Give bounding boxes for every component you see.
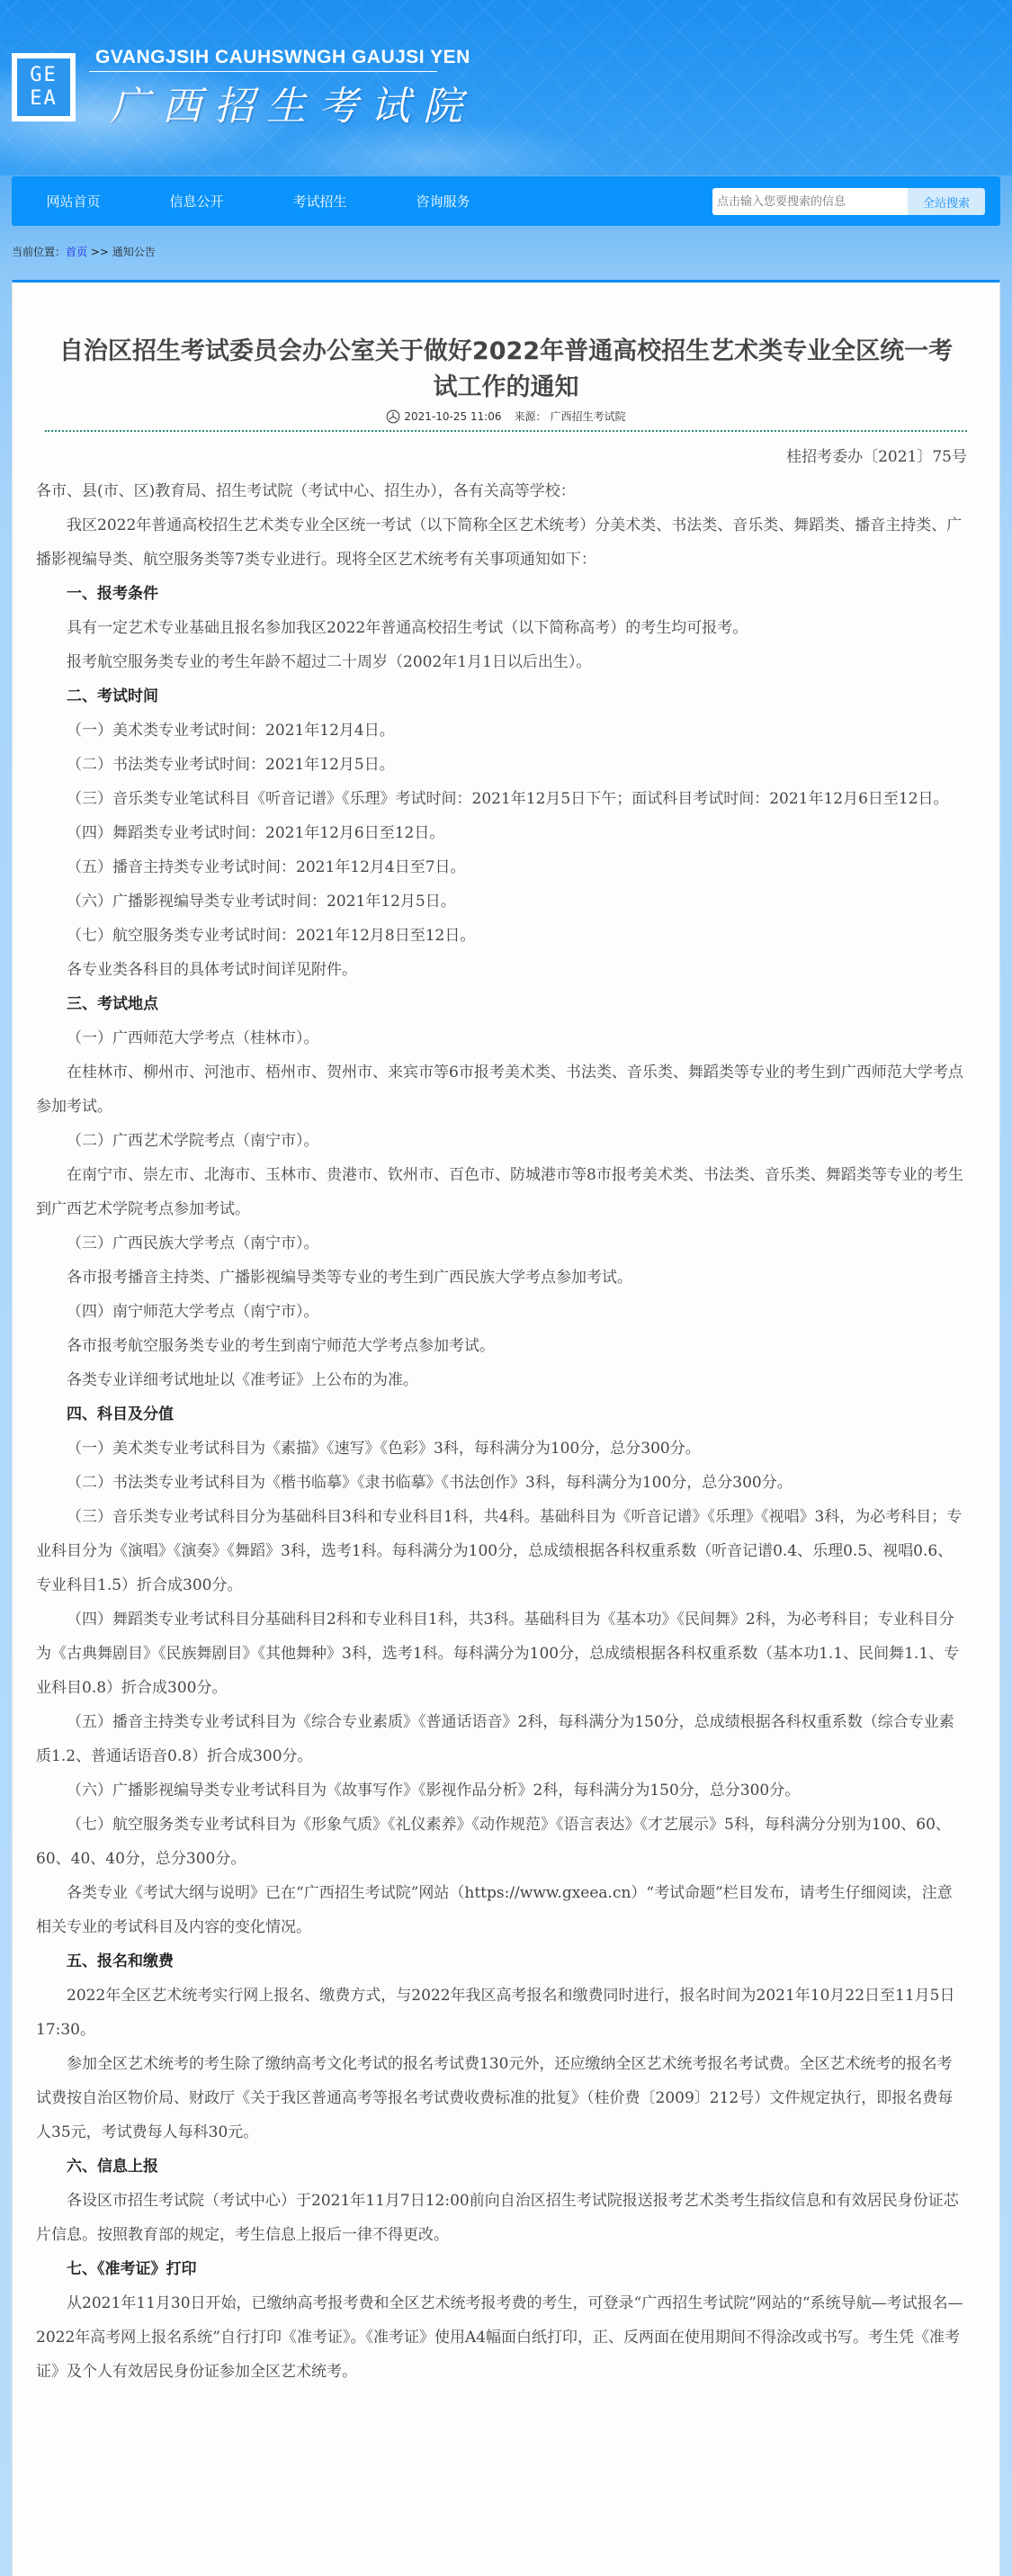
paragraph: （一）广西师范大学考点（桂林市）。 — [36, 1021, 967, 1055]
site-header: GE EA GVANGJSIH CAUHSWNGH GAUJSI YEN 广西招… — [0, 0, 1012, 175]
article-title: 自治区招生考试委员会办公室关于做好2022年普通高校招生艺术类专业全区统一考试工… — [49, 334, 963, 406]
article-body: 桂招考委办〔2021〕75号 各市、县(市、区)教育局、招生考试院（考试中心、招… — [13, 440, 999, 2389]
paragraph: （四）南宁师范大学考点（南宁市）。 — [36, 1295, 967, 1329]
paragraph: 报考航空服务类专业的考生年龄不超过二十周岁（2002年1月1日以后出生）。 — [36, 645, 967, 679]
paragraph: （三）音乐类专业考试科目分为基础科目3科和专业科目1科，共4科。基础科目为《听音… — [36, 1500, 967, 1602]
paragraph: 各专业类各科目的具体考试时间详见附件。 — [36, 953, 967, 987]
clock-icon — [386, 409, 400, 424]
brand-name-chinese: 广西招生考试院 — [110, 74, 475, 131]
nav-item-consulting[interactable]: 咨询服务 — [381, 192, 505, 211]
paragraph: 从2021年11月30日开始，已缴纳高考报考费和全区艺术统考报考费的考生，可登录… — [36, 2286, 967, 2389]
section-heading: 二、考试时间 — [36, 679, 967, 714]
section-heading: 五、报名和缴费 — [36, 1944, 967, 1979]
section-heading: 一、报考条件 — [36, 577, 967, 611]
paragraph: 各市报考播音主持类、广播影视编导类等专业的考生到广西民族大学考点参加考试。 — [36, 1261, 967, 1295]
paragraph: 各市报考航空服务类专业的考生到南宁师范大学考点参加考试。 — [36, 1329, 967, 1363]
nav-item-info-disclosure[interactable]: 信息公开 — [135, 192, 258, 211]
paragraph: （二）书法类专业考试科目为《楷书临摹》《隶书临摹》《书法创作》3科，每科满分为1… — [36, 1466, 967, 1500]
paragraph: （六）广播影视编导类专业考试科目为《故事写作》《影视作品分析》2科，每科满分为1… — [36, 1773, 967, 1808]
paragraph: （七）航空服务类专业考试时间：2021年12月8日至12日。 — [36, 919, 967, 953]
section-heading: 七、《准考证》打印 — [36, 2252, 967, 2286]
logo-mark: GE EA — [17, 58, 70, 116]
paragraph: （一）美术类专业考试时间：2021年12月4日。 — [36, 714, 967, 748]
article-card: 自治区招生考试委员会办公室关于做好2022年普通高校招生艺术类专业全区统一考试工… — [12, 280, 1000, 2576]
section-heading: 三、考试地点 — [36, 987, 967, 1021]
section-heading: 四、科目及分值 — [36, 1397, 967, 1432]
article-meta: 2021-10-25 11:06 来源：广西招生考试院 — [13, 408, 999, 424]
nav-item-home[interactable]: 网站首页 — [12, 192, 135, 211]
brand-divider — [89, 71, 437, 72]
main-nav: 网站首页 信息公开 考试招生 咨询服务 全站搜索 — [12, 176, 1000, 226]
logo-line-1: GE — [30, 64, 58, 87]
paragraph: （六）广播影视编导类专业考试时间：2021年12月5日。 — [36, 884, 967, 919]
paragraph: （七）航空服务类专业考试科目为《形象气质》《礼仪素养》《动作规范》《语言表达》《… — [36, 1808, 967, 1876]
document-number: 桂招考委办〔2021〕75号 — [36, 440, 967, 474]
breadcrumb-separator: >> — [91, 246, 109, 258]
paragraph: （四）舞蹈类专业考试时间：2021年12月6日至12日。 — [36, 816, 967, 850]
logo-line-2: EA — [30, 87, 58, 111]
paragraph: （三）音乐类专业笔试科目《听音记谱》《乐理》考试时间：2021年12月5日下午；… — [36, 782, 967, 816]
paragraph: （三）广西民族大学考点（南宁市）。 — [36, 1226, 967, 1261]
salutation: 各市、县(市、区)教育局、招生考试院（考试中心、招生办），各有关高等学校： — [36, 474, 967, 508]
paragraph: （五）播音主持类专业考试时间：2021年12月4日至7日。 — [36, 850, 967, 884]
paragraph: 在桂林市、柳州市、河池市、梧州市、贺州市、来宾市等6市报考美术类、书法类、音乐类… — [36, 1055, 967, 1124]
paragraph: （二）书法类专业考试时间：2021年12月5日。 — [36, 748, 967, 782]
source-label: 来源： — [515, 408, 547, 424]
breadcrumb-prefix: 当前位置： — [12, 246, 66, 258]
paragraph: 具有一定艺术专业基础且报名参加我区2022年普通高校招生考试（以下简称高考）的考… — [36, 611, 967, 645]
paragraph: 参加全区艺术统考的考生除了缴纳高考文化考试的报名考试费130元外，还应缴纳全区艺… — [36, 2047, 967, 2150]
paragraph: 2022年全区艺术统考实行网上报名、缴费方式，与2022年我区高考报名和缴费同时… — [36, 1979, 967, 2047]
paragraph: （五）播音主持类专业考试科目为《综合专业素质》《普通话语音》2科，每科满分为15… — [36, 1705, 967, 1773]
breadcrumb-current: 通知公告 — [112, 246, 156, 258]
paragraph: （一）美术类专业考试科目为《素描》《速写》《色彩》3科，每科满分为100分，总分… — [36, 1432, 967, 1466]
paragraph: 在南宁市、崇左市、北海市、玉林市、贵港市、钦州市、百色市、防城港市等8市报考美术… — [36, 1158, 967, 1226]
brand-name-zhuang: GVANGJSIH CAUHSWNGH GAUJSI YEN — [95, 47, 470, 68]
search-input[interactable] — [712, 188, 908, 215]
site-search: 全站搜索 — [712, 188, 985, 215]
paragraph: 各设区市招生考试院（考试中心）于2021年11月7日12:00前向自治区招生考试… — [36, 2184, 967, 2252]
breadcrumb: 当前位置：首页 >> 通知公告 — [12, 244, 156, 259]
paragraph: （二）广西艺术学院考点（南宁市）。 — [36, 1124, 967, 1158]
publish-datetime: 2021-10-25 11:06 — [404, 410, 501, 423]
nav-item-exam-admission[interactable]: 考试招生 — [258, 192, 381, 211]
source-value: 广西招生考试院 — [551, 408, 626, 424]
paragraph: 各类专业详细考试地址以《准考证》上公布的为准。 — [36, 1363, 967, 1397]
paragraph: （四）舞蹈类专业考试科目分基础科目2科和专业科目1科，共3科。基础科目为《基本功… — [36, 1602, 967, 1705]
title-divider — [45, 430, 967, 432]
paragraph: 各类专业《考试大纲与说明》已在“广西招生考试院”网站（https://www.g… — [36, 1876, 967, 1944]
section-heading: 六、信息上报 — [36, 2150, 967, 2184]
search-button[interactable]: 全站搜索 — [908, 188, 985, 215]
site-logo[interactable]: GE EA — [12, 53, 76, 121]
breadcrumb-home-link[interactable]: 首页 — [66, 246, 87, 258]
intro-paragraph: 我区2022年普通高校招生艺术类专业全区统一考试（以下简称全区艺术统考）分美术类… — [36, 508, 967, 577]
